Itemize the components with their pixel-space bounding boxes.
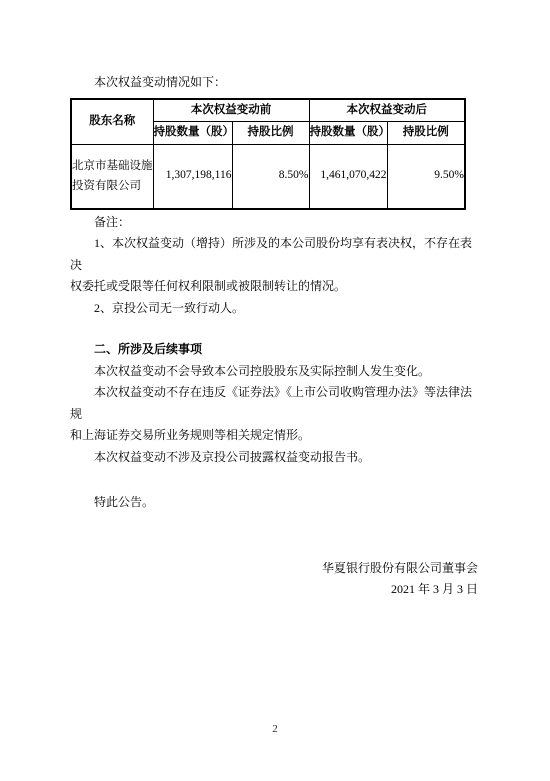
closing-statement: 特此公告。 <box>70 492 478 514</box>
table-header-ratio-after: 持股比例 <box>387 122 465 145</box>
table-row: 北京市基础设施投资有限公司 1,307,198,116 8.50% 1,461,… <box>71 144 465 209</box>
signature-company: 华夏银行股份有限公司董事会 <box>70 558 478 580</box>
table-header-ratio-before: 持股比例 <box>232 122 309 145</box>
cell-qty-after: 1,461,070,422 <box>309 144 387 209</box>
cell-shareholder-name: 北京市基础设施投资有限公司 <box>71 144 153 209</box>
cell-ratio-before: 8.50% <box>232 144 309 209</box>
section-paragraph-2-line-2: 和上海证券交易所业务规则等相关规定情形。 <box>70 425 478 447</box>
document-page: 本次权益变动情况如下： 股东名称 本次权益变动前 本次权益变动后 持股数量（股）… <box>0 0 550 781</box>
note-item-1-line-1: 1、本次权益变动（增持）所涉及的本公司股份均享有表决权，不存在表决 <box>70 233 478 276</box>
document-content: 本次权益变动情况如下： 股东名称 本次权益变动前 本次权益变动后 持股数量（股）… <box>70 0 478 601</box>
section-paragraph-2-line-1: 本次权益变动不存在违反《证券法》《上市公司收购管理办法》等法律法规 <box>70 382 478 425</box>
notes-label: 备注： <box>70 212 478 234</box>
cell-ratio-after: 9.50% <box>387 144 465 209</box>
section-heading: 二、所涉及后续事项 <box>70 339 478 361</box>
signature-date: 2021 年 3 月 3 日 <box>70 579 478 601</box>
note-item-1-line-2: 权委托或受限等任何权利限制或被限制转让的情况。 <box>70 276 478 298</box>
section-paragraph-3: 本次权益变动不涉及京投公司披露权益变动报告书。 <box>70 447 478 469</box>
note-item-2: 2、京投公司无一致行动人。 <box>70 298 478 320</box>
table-header-before: 本次权益变动前 <box>153 99 309 122</box>
section-paragraph-1: 本次权益变动不会导致本公司控股股东及实际控制人发生变化。 <box>70 361 478 383</box>
equity-change-table: 股东名称 本次权益变动前 本次权益变动后 持股数量（股） 持股比例 持股数量（股… <box>70 98 466 210</box>
table-header-qty-after: 持股数量（股） <box>309 122 387 145</box>
cell-qty-before: 1,307,198,116 <box>153 144 232 209</box>
intro-line: 本次权益变动情况如下： <box>70 72 478 94</box>
table-header-qty-before: 持股数量（股） <box>153 122 232 145</box>
table-header-after: 本次权益变动后 <box>309 99 465 122</box>
page-number: 2 <box>0 723 550 735</box>
table-header-shareholder: 股东名称 <box>71 99 153 145</box>
